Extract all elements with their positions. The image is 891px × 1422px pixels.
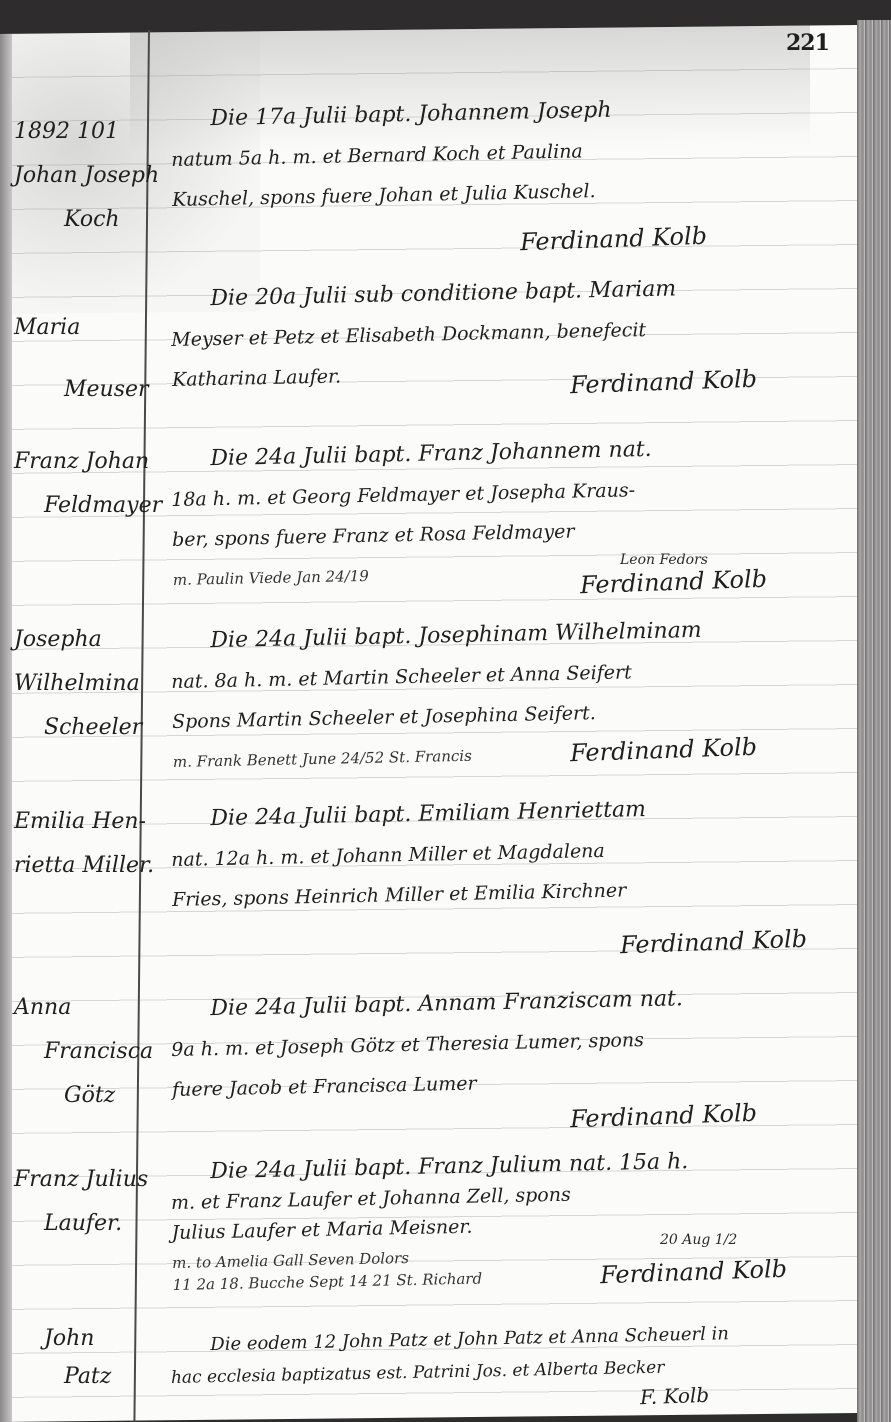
entry-margin-name: Franz Johan Feldmayer [14,440,150,528]
entry-margin-name: Anna Francisca Götz [14,986,150,1118]
entry-margin-name: John Patz [14,1320,150,1396]
margin-line: Patz [14,1358,150,1396]
margin-line: Emilia Hen- [14,800,150,844]
entry-text: Die 24a Julii bapt. Annam Franziscam nat… [170,976,852,1110]
margin-line: Johan Joseph [14,154,150,198]
entry-text: Die 17a Julii bapt. Johannem Joseph natu… [170,86,852,220]
entry-margin-name: Franz Julius Laufer. [14,1158,150,1246]
margin-line: Francisca [14,1030,150,1074]
page-number: 221 [786,30,829,56]
margin-line: Meuser [14,368,150,412]
margin-line: Feldmayer [14,484,150,528]
margin-line: Anna [14,986,150,1030]
margin-line: rietta Miller. [14,844,150,888]
annotation-note: 20 Aug 1/2 [660,1232,737,1248]
margin-line: Scheeler [14,706,150,750]
book-binding [857,20,891,1422]
scanned-register-page: 221 1892 101 Johan Joseph Koch Die 17a J… [0,0,891,1422]
entry-text: Die 24a Julii bapt. Emiliam Henriettam n… [170,786,852,920]
entry-margin-name: Maria Meuser [14,306,150,412]
priest-signature: F. Kolb [640,1383,710,1409]
margin-line: Franz Johan [14,440,150,484]
margin-line: Laufer. [14,1202,150,1246]
margin-line: Maria [14,306,150,350]
entry-margin-name: Emilia Hen- rietta Miller. [14,800,150,888]
margin-line: 1892 101 [14,110,150,154]
entry-margin-name: Josepha Wilhelmina Scheeler [14,618,150,750]
annotation-note: Leon Fedors [620,552,708,568]
margin-line: Götz [14,1074,150,1118]
margin-line: Josepha [14,618,150,662]
entry-margin-name: 1892 101 Johan Joseph Koch [14,110,150,242]
page-left-edge [0,34,12,1422]
margin-line: John [14,1320,150,1358]
margin-line: Wilhelmina [14,662,150,706]
margin-line: Koch [14,198,150,242]
margin-line: Franz Julius [14,1158,150,1202]
